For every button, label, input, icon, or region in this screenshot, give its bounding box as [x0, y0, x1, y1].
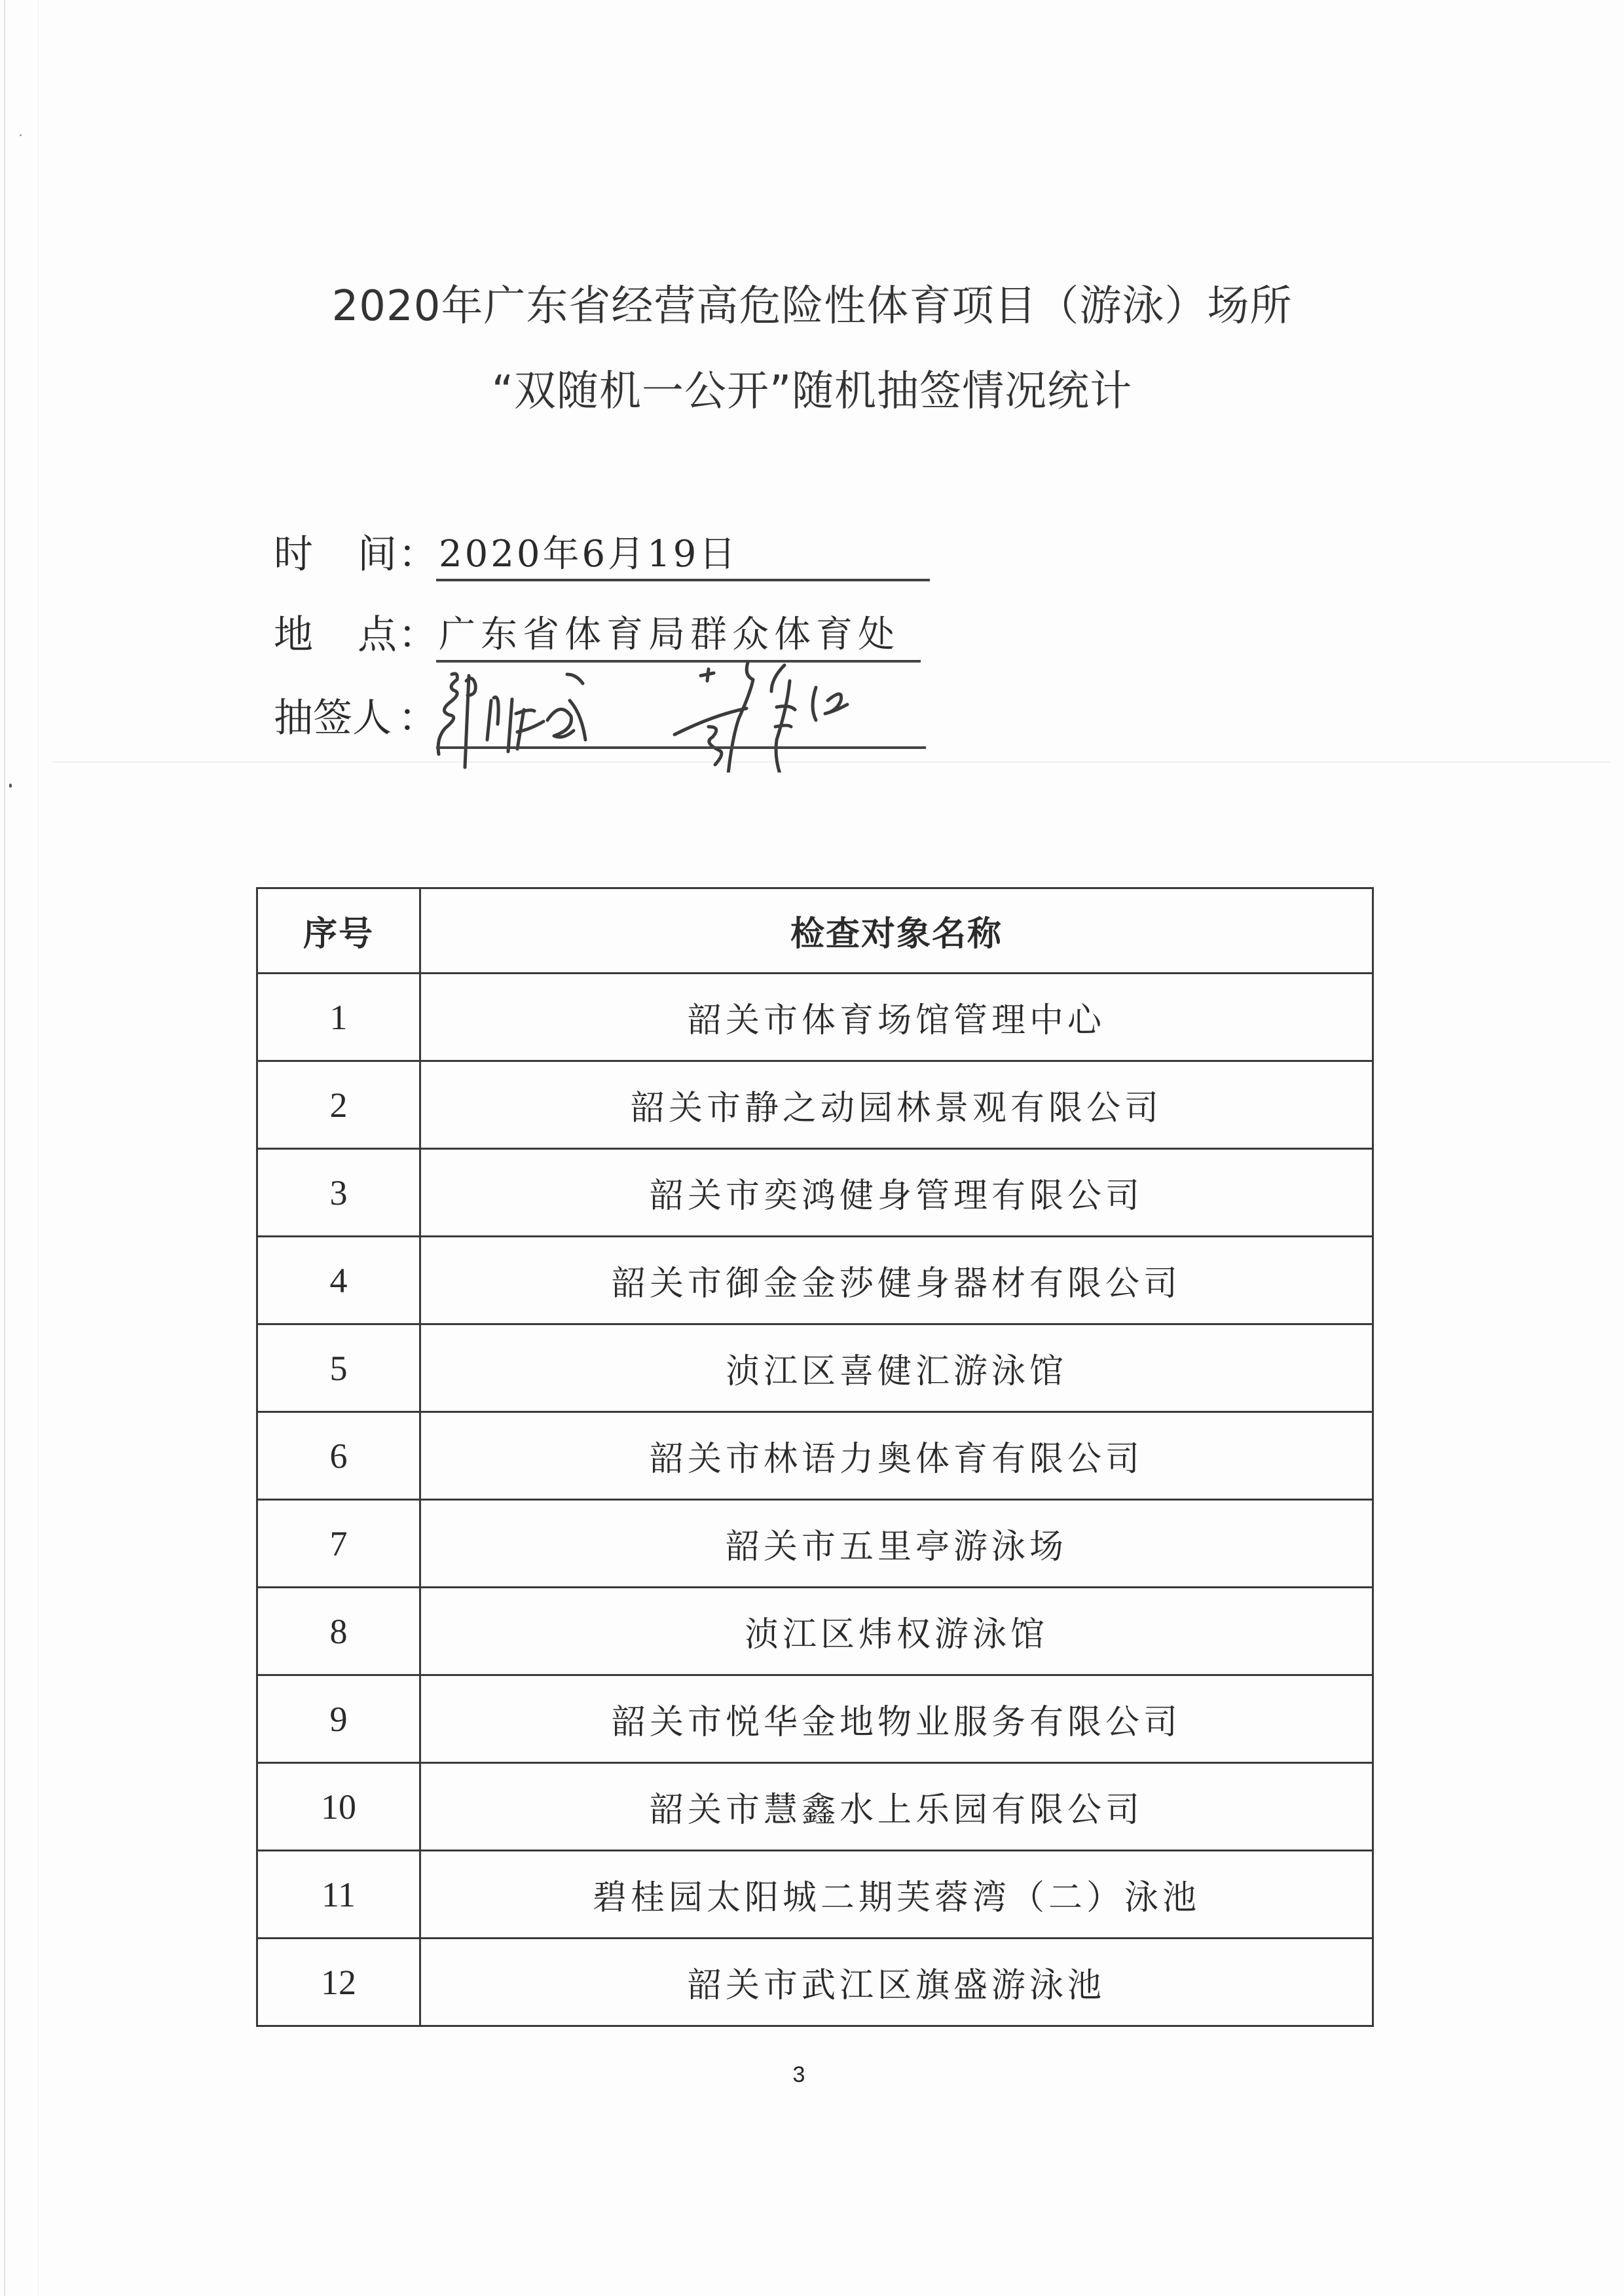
- row-number: 12: [257, 1939, 420, 2026]
- scan-edge-line: [38, 0, 39, 2296]
- row-target-name: 韶关市御金金莎健身器材有限公司: [420, 1237, 1373, 1324]
- row-target-name: 浈江区炜权游泳馆: [420, 1588, 1373, 1675]
- row-target-name: 韶关市武江区旗盛游泳池: [420, 1939, 1373, 2026]
- row-target-name: 韶关市奕鸿健身管理有限公司: [420, 1149, 1373, 1237]
- time-label-char-2: 间: [358, 532, 397, 577]
- row-number: 4: [257, 1237, 420, 1324]
- row-target-name: 韶关市林语力奥体育有限公司: [420, 1412, 1373, 1500]
- document-title-line-1: 2020年广东省经营高危险性体育项目（游泳）场所: [0, 280, 1624, 333]
- row-number: 2: [257, 1061, 420, 1149]
- time-label-colon: ：: [398, 532, 437, 577]
- table-row: 2韶关市静之动园林景观有限公司: [257, 1061, 1373, 1149]
- row-number: 7: [257, 1500, 420, 1588]
- handwritten-signatures-icon: [426, 661, 950, 773]
- time-value: 2020年6月19日: [439, 532, 738, 577]
- table-row: 1韶关市体育场馆管理中心: [257, 974, 1373, 1061]
- row-target-name: 韶关市静之动园林景观有限公司: [420, 1061, 1373, 1149]
- scan-edge-line: [4, 0, 5, 2296]
- row-number: 5: [257, 1324, 420, 1412]
- table-row: 9韶关市悦华金地物业服务有限公司: [257, 1675, 1373, 1763]
- table-row: 6韶关市林语力奥体育有限公司: [257, 1412, 1373, 1500]
- table-row: 8浈江区炜权游泳馆: [257, 1588, 1373, 1675]
- row-number: 8: [257, 1588, 420, 1675]
- table-row: 12韶关市武江区旗盛游泳池: [257, 1939, 1373, 2026]
- row-number: 3: [257, 1149, 420, 1237]
- time-underline: [436, 579, 930, 581]
- place-value: 广东省体育局群众体育处: [439, 612, 900, 658]
- document-title-line-2: “双随机一公开”随机抽签情况统计: [0, 365, 1624, 418]
- scan-speck: [20, 134, 22, 136]
- column-header-name: 检查对象名称: [420, 888, 1373, 974]
- inspection-targets-table: 序号 检查对象名称 1韶关市体育场馆管理中心 2韶关市静之动园林景观有限公司 3…: [256, 887, 1374, 2027]
- row-target-name: 韶关市悦华金地物业服务有限公司: [420, 1675, 1373, 1763]
- row-target-name: 韶关市五里亭游泳场: [420, 1500, 1373, 1588]
- row-target-name: 碧桂园太阳城二期芙蓉湾（二）泳池: [420, 1851, 1373, 1939]
- row-number: 11: [257, 1851, 420, 1939]
- row-number: 9: [257, 1675, 420, 1763]
- table-row: 7韶关市五里亭游泳场: [257, 1500, 1373, 1588]
- table-header-row: 序号 检查对象名称: [257, 888, 1373, 974]
- row-target-name: 韶关市慧鑫水上乐园有限公司: [420, 1763, 1373, 1851]
- table-row: 5浈江区喜健汇游泳馆: [257, 1324, 1373, 1412]
- table-row: 11碧桂园太阳城二期芙蓉湾（二）泳池: [257, 1851, 1373, 1939]
- place-label-char-2: 点: [358, 612, 397, 658]
- table-row: 3韶关市奕鸿健身管理有限公司: [257, 1149, 1373, 1237]
- table-row: 4韶关市御金金莎健身器材有限公司: [257, 1237, 1373, 1324]
- table-row: 10韶关市慧鑫水上乐园有限公司: [257, 1763, 1373, 1851]
- drawer-underline: [436, 746, 926, 749]
- time-label-char-1: 时: [274, 532, 313, 577]
- place-label-char-1: 地: [274, 612, 313, 658]
- row-target-name: 韶关市体育场馆管理中心: [420, 974, 1373, 1061]
- row-number: 10: [257, 1763, 420, 1851]
- scan-speck: [9, 784, 12, 788]
- column-header-number: 序号: [257, 888, 420, 974]
- row-number: 6: [257, 1412, 420, 1500]
- page-number: 3: [779, 2062, 819, 2088]
- row-number: 1: [257, 974, 420, 1061]
- drawer-label-text: 抽签人: [274, 695, 392, 741]
- place-label-colon: ：: [398, 612, 437, 658]
- row-target-name: 浈江区喜健汇游泳馆: [420, 1324, 1373, 1412]
